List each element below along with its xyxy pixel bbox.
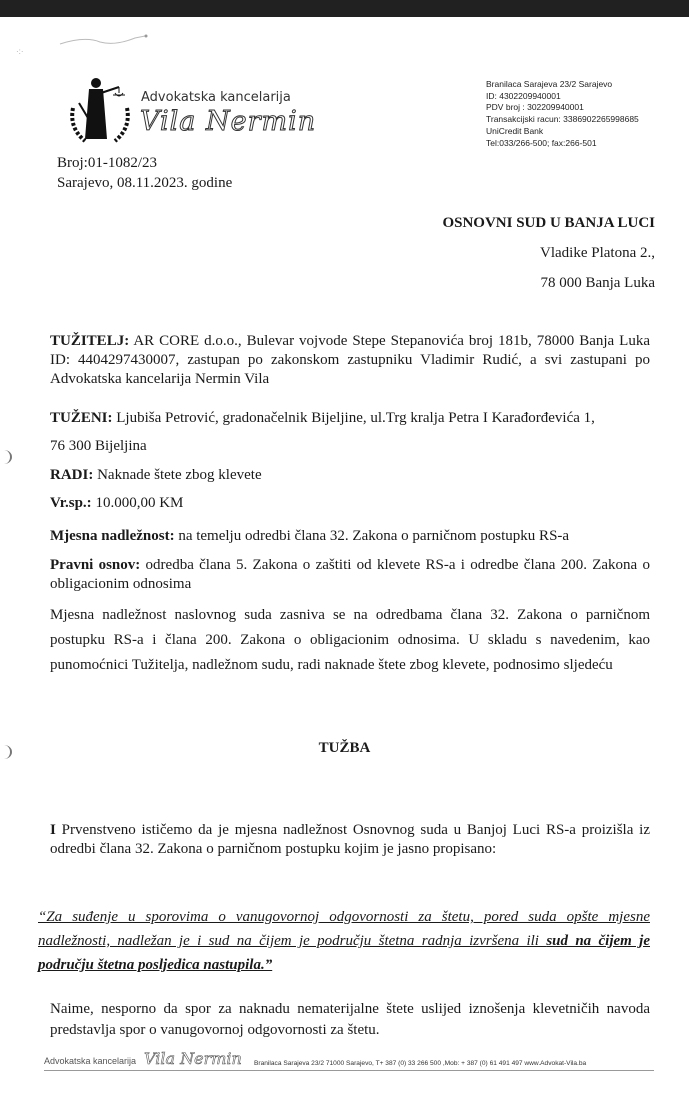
lady-justice-icon <box>63 73 137 147</box>
sender-line: Tel:033/266-500; fax:266-501 <box>486 138 639 150</box>
reference-number: Broj:01-1082/23 <box>57 153 232 173</box>
sender-line: Branilaca Sarajeva 23/2 Sarajevo <box>486 79 639 91</box>
section-1-text: Prvenstveno ističemo da je mjesna nadlež… <box>50 822 650 857</box>
court-address: OSNOVNI SUD U BANJA LUCI Vladike Platona… <box>442 215 655 305</box>
legal-basis-text: odredba člana 5. Zakona o zaštiti od kle… <box>50 557 650 592</box>
intro-paragraph: Mjesna nadležnost naslovnog suda zasniva… <box>50 603 650 678</box>
corner-mark: ·:· <box>16 47 24 56</box>
footer-address: Branilaca Sarajeva 23/2 71000 Sarajevo, … <box>254 1060 586 1067</box>
plaintiff-text: AR CORE d.o.o., Bulevar vojvode Stepe St… <box>50 333 650 387</box>
quoted-law: “Za suđenje u sporovima o vanugovornoj o… <box>38 905 650 977</box>
top-bar <box>0 0 689 17</box>
firm-name: Advokatska kancelarija <box>141 90 291 105</box>
sender-line: PDV broj : 302209940001 <box>486 102 639 114</box>
jurisdiction-text: na temelju odredbi člana 32. Zakona o pa… <box>175 528 569 544</box>
plaintiff-block: TUŽITELJ: AR CORE d.o.o., Bulevar vojvod… <box>50 332 650 389</box>
sender-line: ID: 4302209940001 <box>486 91 639 103</box>
sender-details: Branilaca Sarajeva 23/2 Sarajevo ID: 430… <box>486 79 639 149</box>
footer-firm-name: Advokatska kancelarija <box>44 1056 136 1066</box>
court-street: Vladike Platona 2., <box>442 245 655 262</box>
footer: Advokatska kancelarija Vila Nermin Brani… <box>44 1050 654 1071</box>
subject-line: RADI: Naknade štete zbog klevete <box>50 466 650 485</box>
jurisdiction-line: Mjesna nadležnost: na temelju odredbi čl… <box>50 527 650 546</box>
document-title: TUŽBA <box>0 740 689 757</box>
subject-label: RADI: <box>50 467 93 483</box>
value-text: 10.000,00 KM <box>92 495 184 511</box>
defendant-text: Ljubiša Petrović, gradonačelnik Bijeljin… <box>113 410 595 426</box>
court-city: 78 000 Banja Luka <box>442 275 655 292</box>
value-line: Vr.sp.: 10.000,00 KM <box>50 494 650 513</box>
defendant-city: 76 300 Bijeljina <box>50 438 147 454</box>
court-name: OSNOVNI SUD U BANJA LUCI <box>442 215 655 232</box>
firm-script-logo: Vila Nermin <box>140 106 316 137</box>
sender-line: UniCredit Bank <box>486 126 639 138</box>
reference-block: Broj:01-1082/23 Sarajevo, 08.11.2023. go… <box>57 153 232 193</box>
jurisdiction-label: Mjesna nadležnost: <box>50 528 175 544</box>
value-label: Vr.sp.: <box>50 495 92 511</box>
section-1-paragraph: I Prvenstveno ističemo da je mjesna nadl… <box>50 821 650 859</box>
legal-basis-block: Pravni osnov: odredba člana 5. Zakona o … <box>50 556 650 594</box>
sender-line: Transakcijski racun: 3386902265998685 <box>486 114 639 126</box>
defendant-block: TUŽENI: Ljubiša Petrović, gradonačelnik … <box>50 404 650 460</box>
plaintiff-label: TUŽITELJ: <box>50 333 129 349</box>
scan-mark <box>0 450 12 464</box>
handwritten-mark-icon <box>55 24 155 54</box>
place-date: Sarajevo, 08.11.2023. godine <box>57 173 232 193</box>
subject-text: Naknade štete zbog klevete <box>93 467 261 483</box>
legal-basis-label: Pravni osnov: <box>50 557 140 573</box>
naime-paragraph: Naime, nesporno da spor za naknadu nemat… <box>50 999 650 1041</box>
footer-firm-script: Vila Nermin <box>144 1049 242 1068</box>
defendant-label: TUŽENI: <box>50 410 113 426</box>
